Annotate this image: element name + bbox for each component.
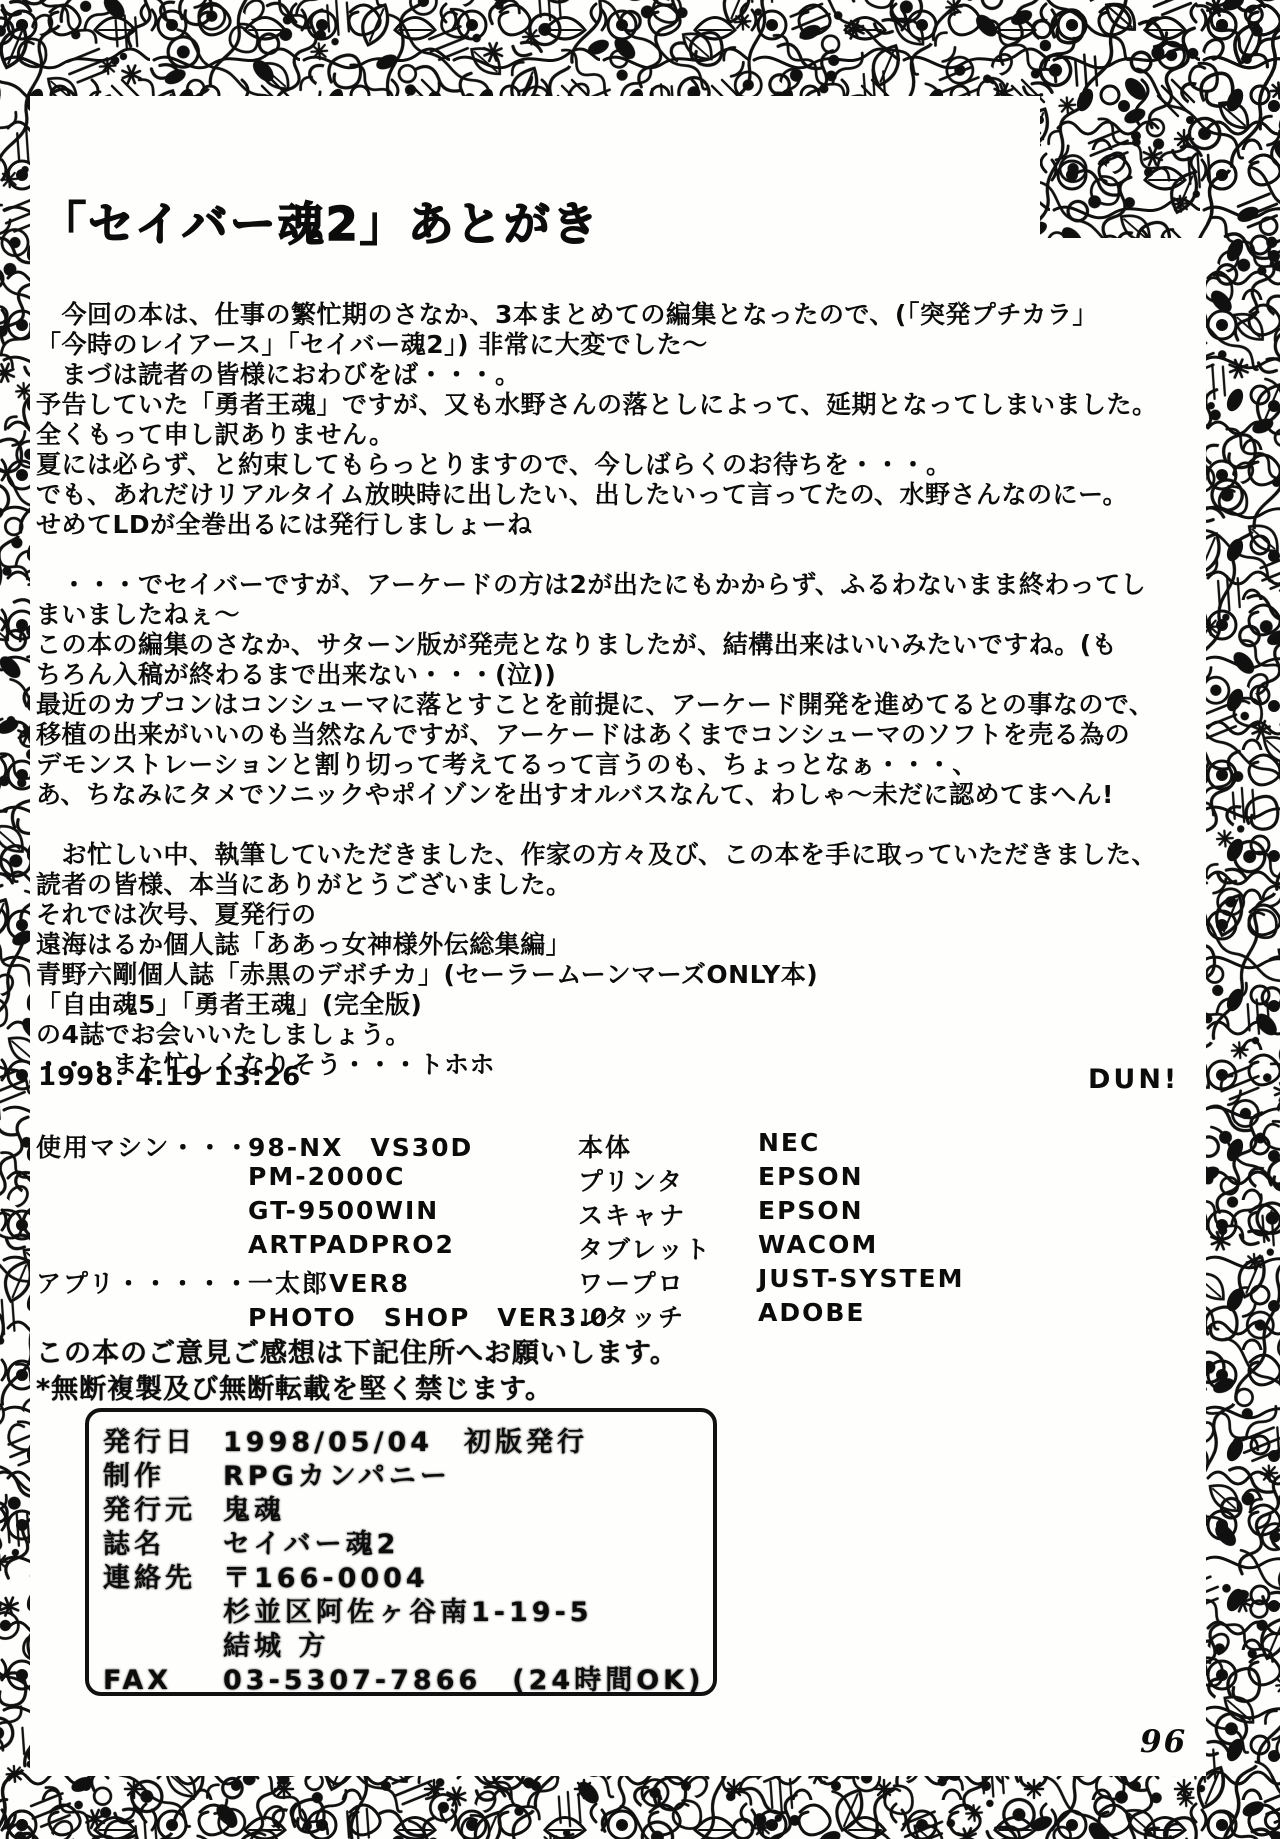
colophon-row: 杉並区阿佐ヶ谷南1-19-5 [103,1596,713,1630]
equipment-label: 使用マシン・・・ [36,1128,248,1164]
colophon-row: 発行元 鬼魂 [103,1494,713,1528]
equipment-type: スキャナ [578,1196,758,1232]
equipment-label [36,1162,248,1198]
body-line: 「今時のレイアース」「セイバー魂2」) 非常に大変でした～ [36,330,1216,360]
body-line: 「自由魂5」「勇者王魂」(完全版) [36,990,1216,1020]
colophon-value: 杉並区阿佐ヶ谷南1-19-5 [223,1596,713,1630]
feedback-note: この本のご意見ご感想は下記住所へお願いします。 [36,1336,678,1372]
body-line: デモンストレーションと割り切って考えてるって言うのも、ちょっとなぁ・・・、 [36,750,1216,780]
equipment-row: ARTPADPRO2 タブレット WACOM [36,1230,1036,1264]
equipment-row: PHOTO SHOP VER3.0 レタッチ ADOBE [36,1298,1036,1332]
colophon-value: RPGカンパニー [223,1460,713,1494]
body-line: 全くもって申し訳ありません。 [36,420,1216,450]
page-title: 「セイバー魂2」あとがき [40,188,600,254]
colophon-row: 連絡先 〒166-0004 [103,1562,713,1596]
equipment-type: ワープロ [578,1264,758,1300]
colophon-value: セイバー魂2 [223,1528,713,1562]
colophon-value: 1998/05/04 初版発行 [223,1426,713,1460]
paragraph-gap [36,540,1216,570]
scanned-doujinshi-afterword-page: 「セイバー魂2」あとがき 今回の本は、仕事の繁忙期のさなか、3本まとめての編集と… [0,0,1280,1839]
colophon-value: 03-5307-7866 (24時間OK) [223,1664,713,1698]
equipment-row: PM-2000C プリンタ EPSON [36,1162,1036,1196]
equipment-maker: NEC [758,1128,1036,1164]
colophon-value: 〒166-0004 [223,1562,713,1596]
equipment-type: 本体 [578,1128,758,1164]
body-line: 遠海はるか個人誌「ああっ女神様外伝総集編」 [36,930,1216,960]
feedback-and-copyright-notes: この本のご意見ご感想は下記住所へお願いします。 *無断複製及び無断転載を堅く禁じ… [36,1336,678,1408]
page-number: 96 [1140,1724,1187,1760]
body-line: の4誌でお会いいたしましょう。 [36,1020,1216,1050]
colophon-row: 発行日 1998/05/04 初版発行 [103,1426,713,1460]
equipment-model: PHOTO SHOP VER3.0 [248,1298,578,1334]
equipment-model: 98-NX VS30D [248,1128,578,1164]
colophon-row: 結城 方 [103,1630,713,1664]
colophon-value: 結城 方 [223,1630,713,1664]
equipment-model: PM-2000C [248,1162,578,1198]
equipment-maker: JUST-SYSTEM [758,1264,1036,1300]
equipment-model: GT-9500WIN [248,1196,578,1232]
body-line: この本の編集のさなか、サターン版が発売となりましたが、結構出来はいいみたいですね… [36,630,1216,660]
body-line: 最近のカプコンはコンシューマに落とすことを前提に、アーケード開発を進めてるとの事… [36,690,1216,720]
equipment-maker: EPSON [758,1162,1036,1198]
body-line: 読者の皆様、本当にありがとうございました。 [36,870,1216,900]
paragraph-gap [36,810,1216,840]
colophon-label: FAX [103,1664,223,1698]
equipment-row: 使用マシン・・・ 98-NX VS30D 本体 NEC [36,1128,1036,1162]
author-signature: DUN! [1088,1064,1179,1095]
equipment-label [36,1196,248,1232]
written-datetime: 1998. 4.19 13:26 [38,1062,301,1092]
equipment-model: ARTPADPRO2 [248,1230,578,1266]
colophon-label: 連絡先 [103,1562,223,1596]
body-line: それでは次号、夏発行の [36,900,1216,930]
equipment-maker: ADOBE [758,1298,1036,1334]
colophon-label: 誌名 [103,1528,223,1562]
body-line: 移植の出来がいいのも当然なんですが、アーケードはあくまでコンシューマのソフトを売… [36,720,1216,750]
equipment-label [36,1298,248,1334]
body-line: 青野六剛個人誌「赤黒のデボチカ」(セーラームーンマーズONLY本) [36,960,1216,990]
colophon-value: 鬼魂 [223,1494,713,1528]
body-line: あ、ちなみにタメでソニックやポイゾンを出すオルバスなんて、わしゃ～未だに認めてま… [36,780,1216,810]
colophon-row: FAX 03-5307-7866 (24時間OK) [103,1664,713,1698]
copyright-note: *無断複製及び無断転載を堅く禁じます。 [36,1372,678,1408]
colophon-label: 発行元 [103,1494,223,1528]
equipment-row: アプリ・・・・・ 一太郎VER8 ワープロ JUST-SYSTEM [36,1264,1036,1298]
equipment-model: 一太郎VER8 [248,1264,578,1300]
body-line: 今回の本は、仕事の繁忙期のさなか、3本まとめての編集となったので、(「突発プチカ… [36,300,1216,330]
equipment-label: アプリ・・・・・ [36,1264,248,1300]
body-line: お忙しい中、執筆していただきました、作家の方々及び、この本を手に取っていただきま… [36,840,1216,870]
body-line: せめてLDが全巻出るには発行しましょーね [36,510,1216,540]
body-line: まいましたねぇ～ [36,600,1216,630]
equipment-type: レタッチ [578,1298,758,1334]
body-line: ちろん入稿が終わるまで出来ない・・・(泣)) [36,660,1216,690]
body-line: 予告していた「勇者王魂」ですが、又も水野さんの落としによって、延期となってしまい… [36,390,1216,420]
equipment-row: GT-9500WIN スキャナ EPSON [36,1196,1036,1230]
equipment-type: プリンタ [578,1162,758,1198]
equipment-label [36,1230,248,1266]
equipment-maker: WACOM [758,1230,1036,1266]
afterword-body-text: 今回の本は、仕事の繁忙期のさなか、3本まとめての編集となったので、(「突発プチカ… [36,300,1216,1080]
equipment-list: 使用マシン・・・ 98-NX VS30D 本体 NEC PM-2000C プリン… [36,1128,1036,1332]
equipment-type: タブレット [578,1230,758,1266]
colophon-row: 誌名 セイバー魂2 [103,1528,713,1562]
equipment-maker: EPSON [758,1196,1036,1232]
body-line: まづは読者の皆様におわびをば・・・。 [36,360,1216,390]
colophon-label: 発行日 [103,1426,223,1460]
colophon-box: 発行日 1998/05/04 初版発行 制作 RPGカンパニー 発行元 鬼魂 誌… [85,1408,717,1696]
body-line: でも、あれだけリアルタイム放映時に出したい、出したいって言ってたの、水野さんなの… [36,480,1216,510]
colophon-label [103,1630,223,1664]
body-line: ・・・でセイバーですが、アーケードの方は2が出たにもかからず、ふるわないまま終わ… [36,570,1216,600]
colophon-label: 制作 [103,1460,223,1494]
body-line: 夏には必らず、と約束してもらっとりますので、今しばらくのお待ちを・・・。 [36,450,1216,480]
colophon-label [103,1596,223,1630]
colophon-row: 制作 RPGカンパニー [103,1460,713,1494]
